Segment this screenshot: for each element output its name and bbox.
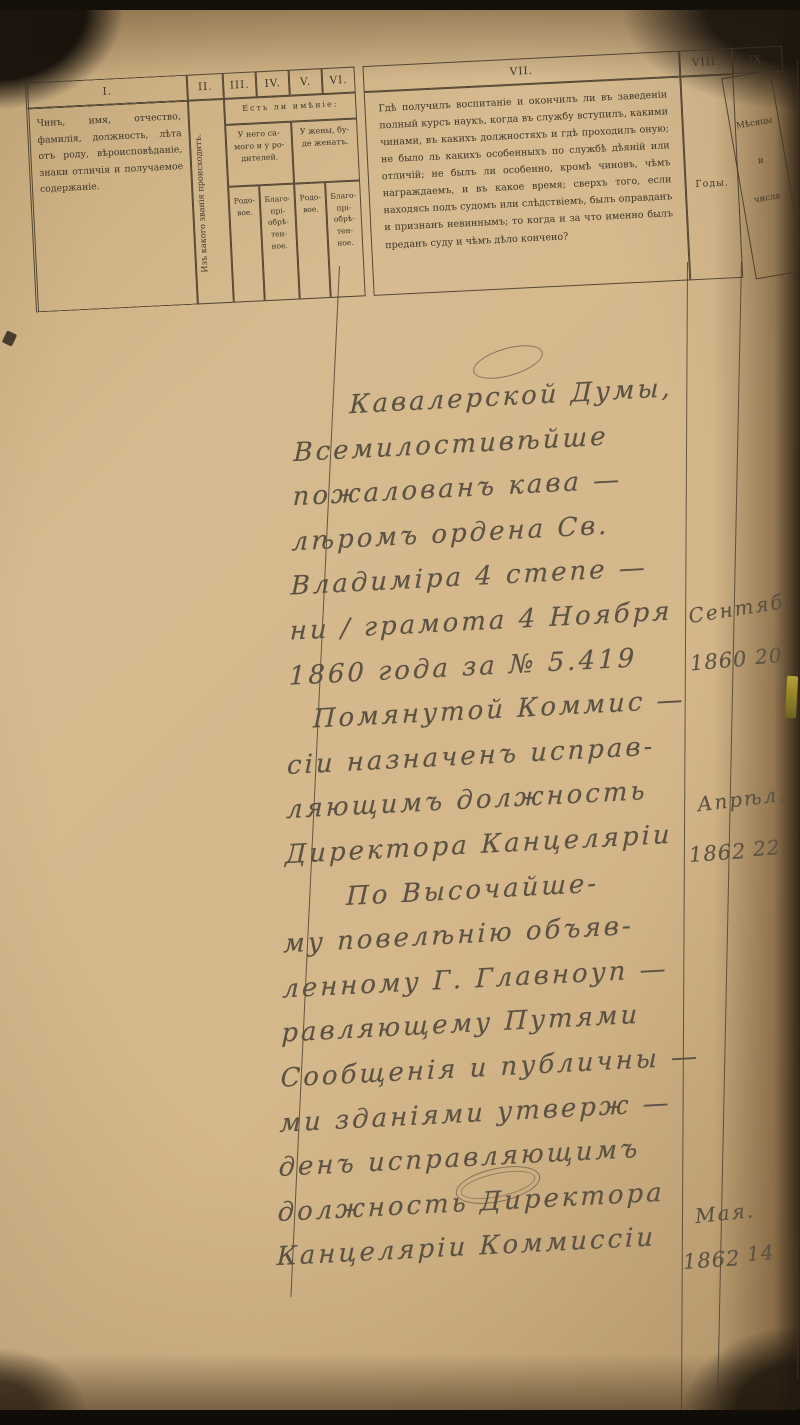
column-number-8: VIII. bbox=[679, 48, 733, 77]
date-3-year: 1862 bbox=[682, 1246, 741, 1274]
photographed-archival-page: { "form": { "columns": { "c1": { "num": … bbox=[0, 0, 800, 1425]
date-2-year: 1862 bbox=[688, 839, 747, 867]
column-number-4: IV. bbox=[256, 70, 290, 98]
date-2-day: 22 bbox=[752, 835, 781, 861]
estate-wife-heading: У жены, бу- де женатъ. bbox=[291, 118, 360, 183]
estate-own-heading: У него са- мого и у ро- дителей. bbox=[225, 122, 294, 187]
column-number-9: IX. bbox=[732, 46, 783, 74]
column-number-3: III. bbox=[223, 71, 257, 99]
date-3-day: 14 bbox=[746, 1240, 775, 1266]
column-1-heading: Чинъ, имя, отчество, фамилія, должность,… bbox=[26, 101, 198, 313]
date-1-day: 20 bbox=[754, 643, 783, 669]
column-number-2: II. bbox=[187, 73, 224, 101]
column-7-heading: Гдѣ получилъ воспитаніе и окончилъ ли въ… bbox=[364, 77, 691, 296]
column-number-5: V. bbox=[289, 68, 323, 96]
form-header-table: I. II. III. IV. V. VI. VII. VIII. IX. Чи… bbox=[25, 46, 793, 313]
date-1-year: 1860 bbox=[689, 647, 748, 676]
manuscript-entry: Кавалерской Думы,Всемилостивѣйшепожалова… bbox=[276, 363, 734, 1280]
estate-wife-acquired: Благо- прі- обрѣ- тен- ное. bbox=[325, 180, 366, 298]
estate-own-acquired: Благо- прі- обрѣ- тен- ное. bbox=[259, 184, 300, 302]
column-number-6: VI. bbox=[321, 67, 355, 95]
bookmark-edge-sliver bbox=[785, 676, 798, 719]
